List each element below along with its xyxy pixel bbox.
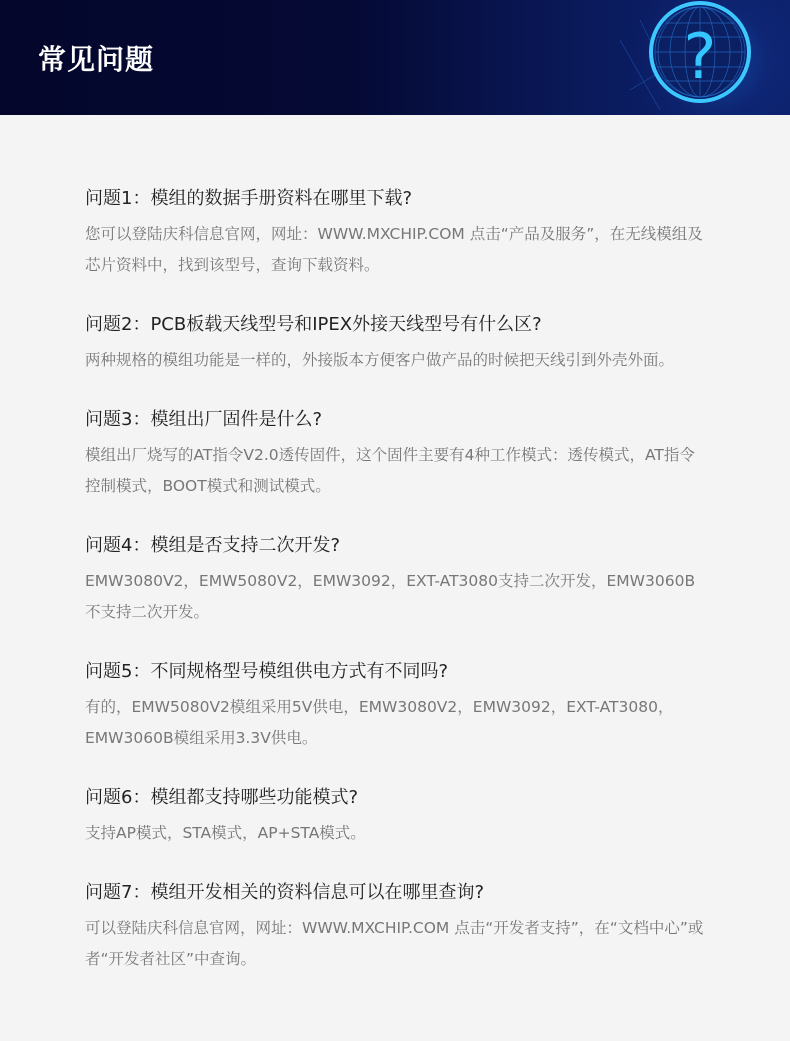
faq-answer: 模组出厂烧写的AT指令V2.0透传固件，这个固件主要有4种工作模式：透传模式，A…: [85, 440, 705, 502]
faq-answer: 有的，EMW5080V2模组采用5V供电，EMW3080V2，EMW3092，E…: [85, 692, 705, 754]
faq-item-7: 问题7：模组开发相关的资料信息可以在哪里查询? 可以登陆庆科信息官网，网址：WW…: [85, 879, 705, 975]
header-banner: 常见问题 ?: [0, 0, 790, 115]
faq-answer: EMW3080V2，EMW5080V2，EMW3092，EXT-AT3080支持…: [85, 566, 705, 628]
page-title: 常见问题: [38, 38, 154, 78]
faq-answer: 可以登陆庆科信息官网，网址：WWW.MXCHIP.COM 点击“开发者支持”，在…: [85, 913, 705, 975]
faq-question: 问题4：模组是否支持二次开发?: [85, 532, 705, 560]
faq-answer: 您可以登陆庆科信息官网，网址：WWW.MXCHIP.COM 点击“产品及服务”，…: [85, 219, 705, 281]
faq-question: 问题5：不同规格型号模组供电方式有不同吗?: [85, 658, 705, 686]
question-globe-icon: ?: [620, 0, 790, 115]
faq-question: 问题1：模组的数据手册资料在哪里下载?: [85, 185, 705, 213]
faq-item-1: 问题1：模组的数据手册资料在哪里下载? 您可以登陆庆科信息官网，网址：WWW.M…: [85, 185, 705, 281]
faq-item-6: 问题6：模组都支持哪些功能模式? 支持AP模式，STA模式，AP+STA模式。: [85, 784, 705, 849]
faq-item-3: 问题3：模组出厂固件是什么? 模组出厂烧写的AT指令V2.0透传固件，这个固件主…: [85, 406, 705, 502]
faq-question: 问题3：模组出厂固件是什么?: [85, 406, 705, 434]
svg-text:?: ?: [684, 20, 717, 93]
faq-question: 问题2：PCB板载天线型号和IPEX外接天线型号有什么区?: [85, 311, 705, 339]
faq-answer: 两种规格的模组功能是一样的，外接版本方便客户做产品的时候把天线引到外壳外面。: [85, 345, 705, 376]
faq-question: 问题6：模组都支持哪些功能模式?: [85, 784, 705, 812]
faq-item-2: 问题2：PCB板载天线型号和IPEX外接天线型号有什么区? 两种规格的模组功能是…: [85, 311, 705, 376]
faq-item-5: 问题5：不同规格型号模组供电方式有不同吗? 有的，EMW5080V2模组采用5V…: [85, 658, 705, 754]
faq-list: 问题1：模组的数据手册资料在哪里下载? 您可以登陆庆科信息官网，网址：WWW.M…: [85, 185, 705, 1005]
faq-answer: 支持AP模式，STA模式，AP+STA模式。: [85, 818, 705, 849]
faq-item-4: 问题4：模组是否支持二次开发? EMW3080V2，EMW5080V2，EMW3…: [85, 532, 705, 628]
faq-question: 问题7：模组开发相关的资料信息可以在哪里查询?: [85, 879, 705, 907]
